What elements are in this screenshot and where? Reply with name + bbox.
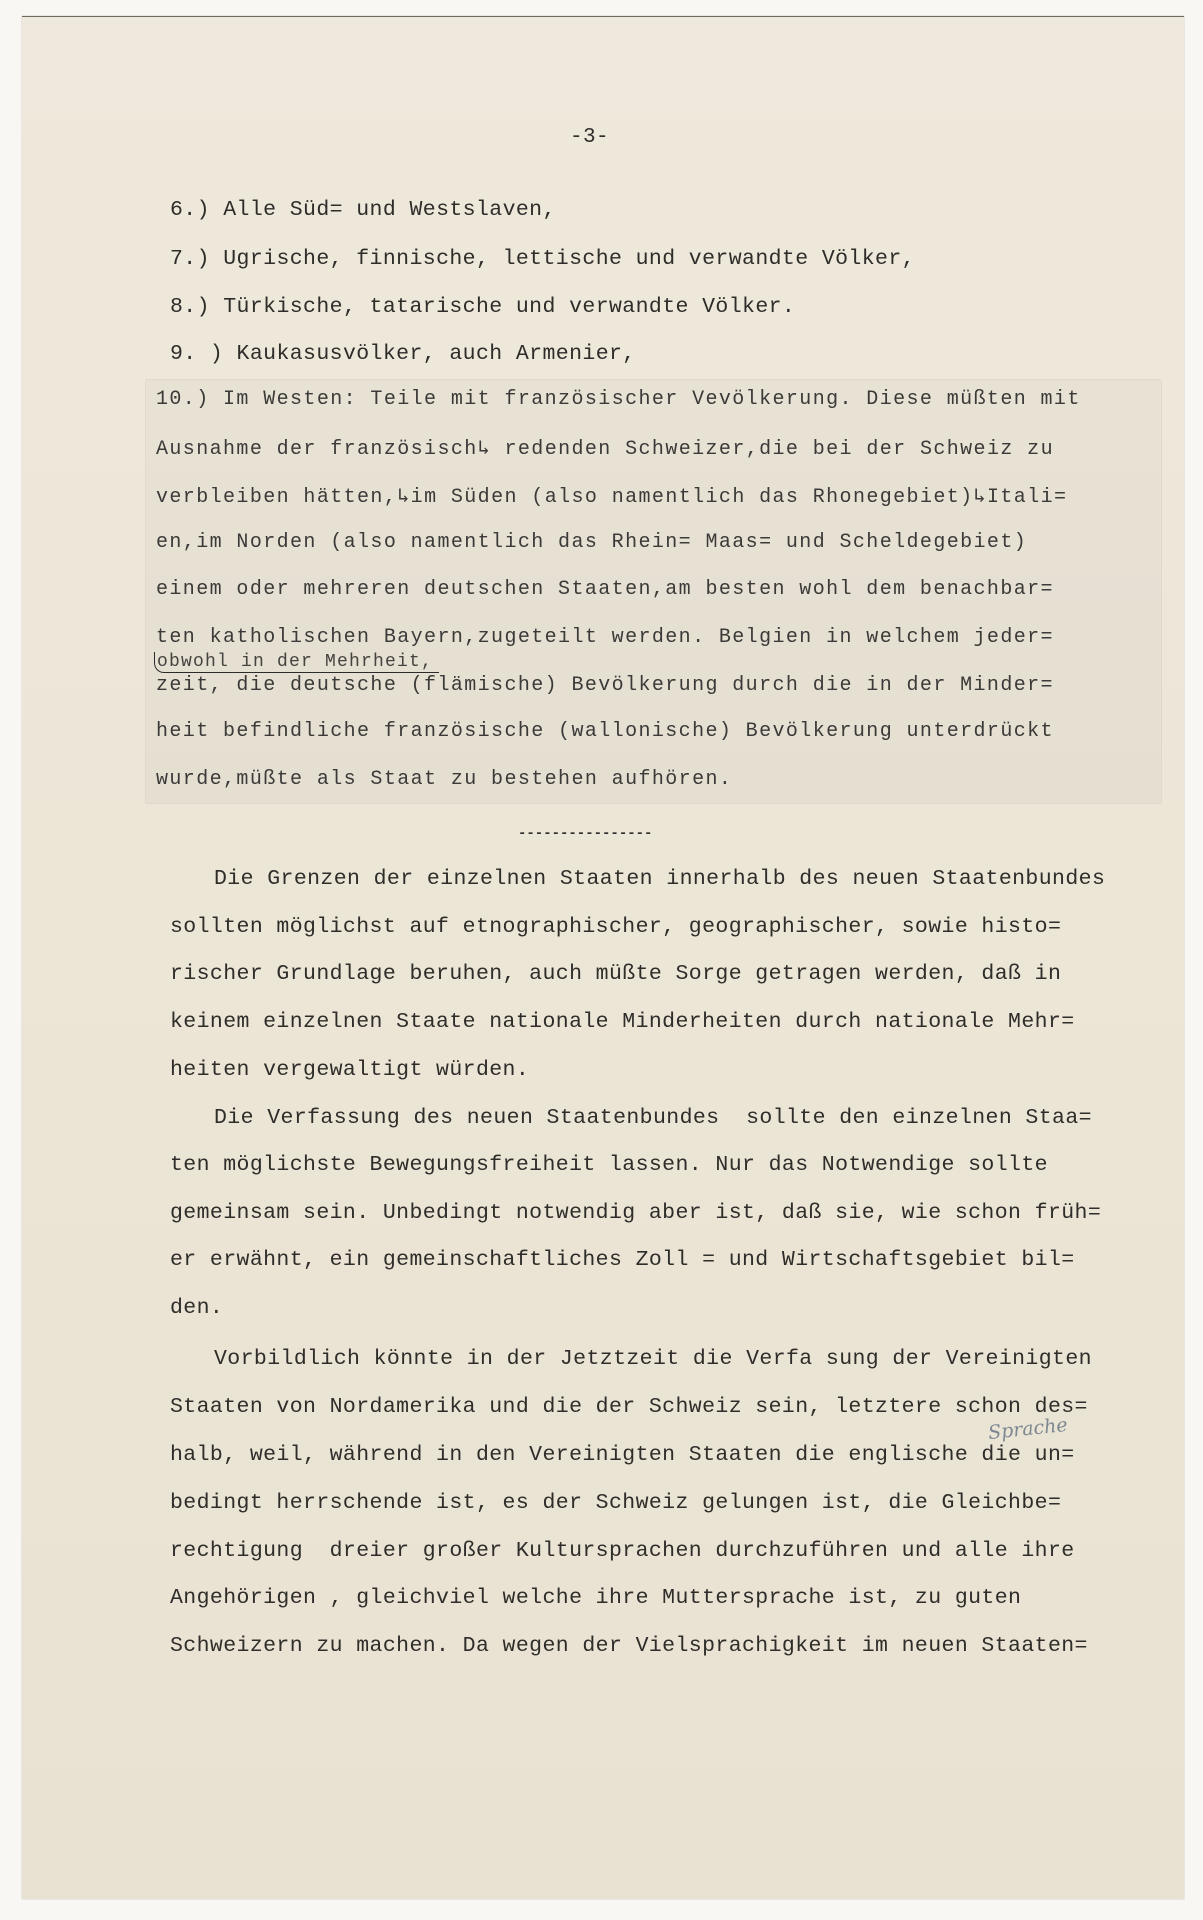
- handwritten-insertion-bracket: obwohl in der Mehrheit,: [154, 652, 439, 673]
- list-text: Alle Süd= und Westslaven,: [223, 198, 556, 222]
- text-line: den.: [170, 1296, 223, 1320]
- scanned-page: -3- 6.) Alle Süd= und Westslaven, 7.) Ug…: [0, 0, 1203, 1920]
- section-divider: ----------------: [518, 826, 652, 842]
- list-number: 8.): [170, 295, 210, 319]
- text-line: Staaten von Nordamerika und die der Schw…: [170, 1395, 1088, 1419]
- list-number: 7.): [170, 247, 210, 271]
- text-line: gemeinsam sein. Unbedingt notwendig aber…: [170, 1201, 1101, 1225]
- text-line: Die Verfassung des neuen Staatenbundes s…: [214, 1106, 1092, 1130]
- list-number: 9. ): [170, 342, 223, 366]
- text-line: heiten vergewaltigt würden.: [170, 1058, 529, 1082]
- list-number: 6.): [170, 198, 210, 222]
- list-item: 9. ) Kaukasusvölker, auch Armenier,: [170, 342, 636, 366]
- list-text: Ugrische, finnische, lettische und verwa…: [223, 247, 915, 271]
- text-line: Die Grenzen der einzelnen Staaten innerh…: [214, 867, 1105, 891]
- text-line: rischer Grundlage beruhen, auch müßte So…: [170, 962, 1061, 986]
- page-number: -3-: [570, 126, 609, 149]
- slip-line: heit befindliche französische (wallonisc…: [156, 720, 1054, 743]
- text-line: rechtigung dreier großer Kultursprachen …: [170, 1539, 1075, 1563]
- text-line: er erwähnt, ein gemeinschaftliches Zoll …: [170, 1248, 1075, 1272]
- slip-line: zeit, die deutsche (flämische) Bevölkeru…: [156, 674, 1054, 697]
- pasted-slip: 10.) Im Westen: Teile mit französischer …: [146, 380, 1161, 803]
- text-line: keinem einzelnen Staate nationale Minder…: [170, 1010, 1075, 1034]
- text-line: sollten möglichst auf etnographischer, g…: [170, 915, 1061, 939]
- text-line: halb, weil, während in den Vereinigten S…: [170, 1443, 1075, 1467]
- slip-line: en,im Norden (also namentlich das Rhein=…: [156, 531, 1027, 554]
- list-item: 6.) Alle Süd= und Westslaven,: [170, 198, 556, 222]
- text-line: bedingt herrschende ist, es der Schweiz …: [170, 1491, 1061, 1515]
- list-text: Türkische, tatarische und verwandte Völk…: [223, 295, 795, 319]
- text-line: Schweizern zu machen. Da wegen der Viels…: [170, 1634, 1088, 1658]
- text-line: Angehörigen , gleichviel welche ihre Mut…: [170, 1586, 1021, 1610]
- list-text: Kaukasusvölker, auch Armenier,: [237, 342, 636, 366]
- slip-line: wurde,müßte als Staat zu bestehen aufhör…: [156, 768, 732, 791]
- slip-line: ten katholischen Bayern,zugeteilt werden…: [156, 626, 1054, 649]
- slip-line: Ausnahme der französisch↳ redenden Schwe…: [156, 435, 1054, 461]
- list-item: 8.) Türkische, tatarische und verwandte …: [170, 295, 795, 319]
- slip-line: verbleiben hätten,↳im Süden (also nament…: [156, 483, 1067, 509]
- text-line: Vorbildlich könnte in der Jetztzeit die …: [214, 1347, 1092, 1371]
- list-item: 7.) Ugrische, finnische, lettische und v…: [170, 247, 915, 271]
- text-line: ten möglichste Bewegungsfreiheit lassen.…: [170, 1153, 1048, 1177]
- slip-line: 10.) Im Westen: Teile mit französischer …: [156, 388, 1081, 411]
- slip-line: einem oder mehreren deutschen Staaten,am…: [156, 578, 1054, 601]
